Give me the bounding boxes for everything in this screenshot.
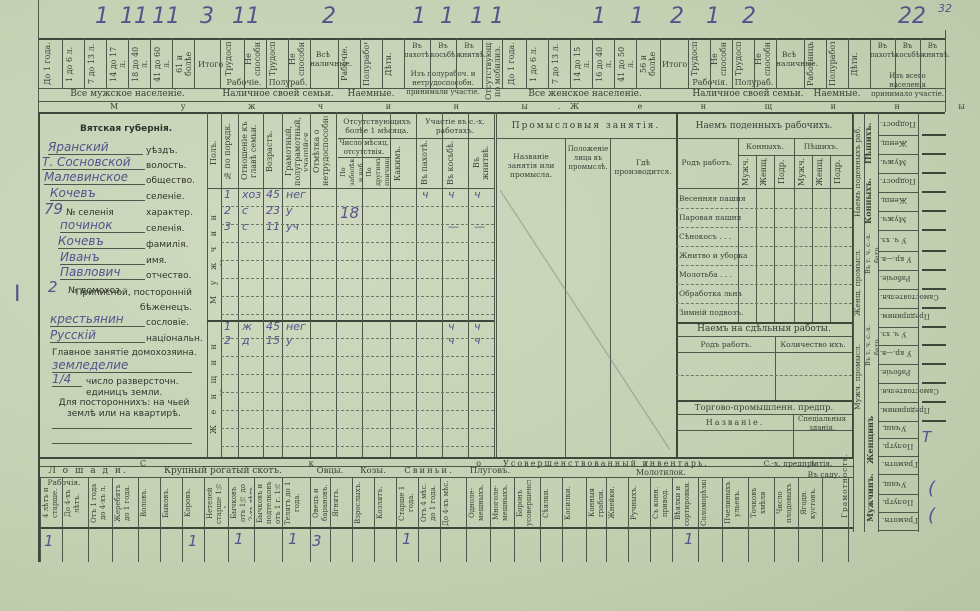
livestock-col-sep [418,477,419,562]
tally-mark: 1 [470,4,484,29]
dl-head-rule [676,188,852,189]
col-age: Возрастъ. [265,116,279,186]
col-disability: Отмѣтка о нетрудоспособности. [312,116,334,186]
dl-row-label: Зимній подвозъ. [679,308,743,317]
land-units-label: число разверсточн. единицъ земли. [86,377,196,399]
fw-reap: Въ жнитвѣ. [472,140,492,186]
absent-which: Какимъ. [393,140,413,186]
dl-row-label: Весенняя пашня [679,194,746,203]
hired-f-workers: Работницы [806,42,824,86]
livestock-col: Отъ 1 года до 4-хъ л. [90,480,110,526]
dl-row-rule [676,303,852,304]
dl-sub-col: Женщ. [759,158,771,186]
literacy-female: Женщинъ. [866,416,878,464]
part-f-plow: Въ пахотѣ. [870,42,895,60]
absent-illness: По заболѣв. и наб. [339,158,363,186]
header-col-sep [404,38,405,88]
members-col-sep [263,112,264,457]
piecework-sep [775,336,776,400]
own-f-half-able: Трудоспособн. [734,42,752,76]
member-literacy: нег [286,188,306,201]
rp-row-rule [878,230,918,231]
nationality-label: національн. [146,334,203,344]
estate-label: сословіе. [146,318,189,328]
absent-group: Отсутствующихъ болѣе 1 мѣсяца. [338,117,416,135]
literacy-mark-2: ( [928,478,935,499]
header-col-sep [456,38,457,88]
header-col-sep [310,38,311,88]
dl-work-type: Родъ работъ. [678,158,736,167]
main-occupation-label: Главное занятіе домохозяина. [52,348,197,358]
dl-sub-col: Мужч. [797,158,809,186]
livestock-col-sep [138,477,139,562]
livestock-col-sep [40,477,41,562]
rp-row-rule [878,135,918,136]
male-age-col: 14 до 17 л. [109,42,125,86]
member-age: 45 [266,188,280,201]
dl-row-label: Обработка льна [679,289,742,298]
tally-mark: 11 [232,4,260,29]
rp-row-rule [878,530,918,531]
members-row-rule [221,356,494,357]
header-col-sep [482,38,483,88]
dl-row-rule [676,284,852,285]
rp-male-crafts-label: Мужч. промысл. [853,332,863,422]
livestock-col-sep [586,477,587,562]
member-relation: с [242,220,248,233]
dl-col-sep [830,155,831,322]
member-age: 11 [266,220,280,233]
livestock-col-sep [112,477,113,562]
livestock-col-sep [88,477,89,562]
rp-answer-rule [922,250,946,252]
members-col-sep [282,112,283,457]
members-row-rule [221,374,494,375]
header-col-sep [804,38,805,88]
livestock-col: Телятъ до 1 года. [284,480,308,526]
trade-col-name: Названіе. [678,418,792,427]
rp-hire-row: Подрост. [880,120,916,129]
header-col-sep [592,38,593,88]
dl-row-label: Сѣнокосъ . . . [679,232,731,241]
member-literacy: уч [286,220,299,233]
piecework-head-rule [676,352,852,353]
livestock-col: Коровъ. [184,480,202,526]
members-row-rule [221,278,494,279]
member-no: 1 [224,320,231,333]
main-occupation-value: земледелие [52,358,192,373]
literacy-male: Мужчинъ. [866,470,878,526]
day-laborers-title: Наемъ поденныхъ рабочихъ. [676,122,852,131]
rp-row-rule [878,474,918,475]
header-col-sep [570,38,571,88]
own-family-f-group: Наличное своей семьи. [688,90,808,99]
own-half-unable: Не способныхъ [288,42,306,76]
rp-hire-row: Женщ. [880,139,907,148]
settlement-no-value: 79 [44,200,63,218]
tally-mark: 2 [670,4,684,29]
rp-craft-row: Самостоятельн. [880,387,939,395]
livestock-col-sep [228,477,229,562]
val-pigs: 1 [402,530,412,548]
crafts-col-position: Положеніе лица въ промыслѣ. [566,145,610,172]
estate-value: крестьянин [50,312,145,327]
livestock-col-sep [798,477,799,562]
rp-row-rule [878,456,918,457]
rp-answer-rule [922,307,946,309]
female-age-col: 41 до 50 л. [617,42,633,86]
header-col-sep [106,38,107,88]
header-col-sep [360,38,361,88]
rp-row-rule [878,289,918,290]
male-age-col: 1 до 6 л. [65,42,81,86]
literacy-label: Грамотность. [840,440,850,530]
livestock-col-sep [352,477,353,562]
livestock-col-sep [822,477,823,562]
member-literacy: у [286,204,293,217]
piecework-col-count: Количество ихъ. [776,340,850,349]
patronymic-value: Павлович [60,265,145,280]
male-age-col: 61 и болѣе [175,42,191,86]
hired-f-half: Полуработн. [828,42,846,86]
rp-including-f: Въ т. ч. с.-х. батр. [864,232,878,276]
member-no: 1 [224,188,231,201]
dl-col-sep [794,138,795,322]
tally-mark: 1 [412,4,426,29]
member-relation: хоз [242,188,261,201]
rp-hire-row: Подрост. [880,177,916,186]
pigs-title: Свиньи. [396,467,462,476]
rp-craft-row: Предприним. [880,312,930,320]
rp-col-sep [878,112,879,532]
province-label: Вятская губернія. [80,124,172,134]
rp-row-rule [878,421,918,422]
header-col-sep [754,38,755,88]
header-col-sep [430,38,431,88]
page-number: 22 [898,4,926,29]
own-workers-unable: Не способныхъ [244,42,262,76]
female-age-col: До 1 года. [507,42,523,86]
member-mow: ч [448,334,455,347]
members-col-sep [390,112,391,457]
patronymic-label: отчество. [146,271,191,281]
rp-hire-row: Женщ. [880,196,907,205]
dl-foot-group: Пѣшихъ. [794,142,848,151]
character-value: починок [60,218,145,233]
right-margin-rule [945,30,946,112]
dl-col-sep [756,155,757,322]
dl-horse-group: Конныхъ. [738,142,792,151]
livestock-col-sep [606,477,607,562]
livestock-col-sep [562,477,563,562]
thresher-title: Молотилок. [628,468,694,477]
members-col-sep [468,112,469,457]
left-margin-rule [38,0,39,112]
member-mow: ч [448,188,455,201]
header-col-sep [244,38,245,88]
members-row-rule [221,314,494,315]
livestock-col-sep [182,477,183,562]
fw-mow: Въ косьбѣ. [446,140,466,186]
val-sheep: 3 [312,532,322,550]
livestock-col: Отъ 4 мѣс. до 1 года. [420,480,438,526]
sheep-title: Овцы. [310,467,350,476]
rp-answer-rule [922,210,946,212]
character-selo-label: селенія. [146,224,184,234]
absent-months-group: Число мѣсяц. отсутствія. [338,139,390,157]
tally-mark: 1 [592,4,606,29]
member-no: 2 [224,204,231,217]
trade-title: Торгово-промышленн. предпр. [676,404,852,413]
own-workers-able: Трудоспособ. [224,42,242,76]
household-left-rule [38,112,40,457]
livestock-col: Ручныхъ. [630,480,648,526]
absent-mobilized: Отсутствующихъ по мобилиз. [484,42,500,100]
val-cows: 1 [188,532,198,550]
female-age-col: 1 до 6 л. [529,42,545,86]
rp-literacy-row: Полугр. [882,498,913,507]
livestock-col-sep [748,477,749,562]
rp-answer-rule [922,288,946,290]
outsiders-line-1 [52,428,192,429]
own-f-workers-able: Трудоспособн. [690,42,708,76]
livestock-col: 4 лѣтъ и старше. [42,480,60,526]
part-f-caption: Изъ всего населенія принимало участіе. [870,72,945,99]
member-mow: — [448,220,459,233]
rp-literacy-row: Учащ. [882,424,906,433]
rp-answer-rule [922,382,946,384]
member-relation: д [242,334,250,347]
members-row-rule [221,392,494,393]
household-right-rule [207,112,208,457]
livestock-col-sep [650,477,651,562]
hired-group-label: Наемные. [338,90,404,99]
rp-row-rule [878,364,918,365]
goats-title: Козы. [352,467,394,476]
header-col-sep [194,38,195,88]
female-age-col: 7 до 13 л. [551,42,567,86]
col-sex: Полъ. [209,120,221,186]
character-label: характер. [146,208,193,218]
male-age-col: 18 до 40 л. [131,42,147,86]
member-absent-months: 18 [340,204,359,222]
rp-including-m: Въ т. ч. с.-х. батр. [864,324,878,368]
col-relation: Отношеніе къ главѣ семьи. [240,116,262,186]
member-relation: ж [242,320,252,333]
agri-title: С.-х. предпріятія. [748,459,848,468]
member-age: 45 [266,320,280,333]
rp-answer-rule [922,401,946,403]
surname-value: Кочевъ [58,234,145,249]
livestock-col-sep [722,477,723,562]
header-col-sep [150,38,151,88]
obshchestvo-value: Малевинское [44,170,145,185]
livestock-col: Съ конн. привод. [652,480,670,526]
absent-other: По другимъ причинамъ. [365,158,389,186]
part-f-mow: Въ косьбѣ [895,42,920,60]
rp-literacy-row: Полугр. [882,442,913,451]
tally-mark: 1 [490,4,504,29]
hired-workers: Рабочіе. [340,42,358,86]
livestock-col: Соломорѣзки. [700,480,720,526]
member-reap: ч [474,188,481,201]
livestock-col: Конныя грабли. [588,480,604,526]
livestock-col-sep [774,477,775,562]
outsiders-line-2 [52,443,192,444]
rp-female-crafts-label: Женщ. промысл. [853,232,863,332]
rp-answer-rule [922,134,946,136]
part-plow: Въ пахотѣ. [404,42,430,60]
nationality-value: Русскій [50,328,145,343]
rp-row-rule [878,308,918,309]
obshchestvo-label: общество. [146,176,195,186]
header-col-sep [710,38,711,88]
part-f-reap: Въ жнитвѣ. [920,42,945,60]
rp-answer-rule [922,420,946,422]
livestock-col: Многоле­мешныхъ. [492,480,512,526]
livestock-col-sep [628,477,629,562]
piecework-row-rule [676,375,852,376]
male-age-col: 7 до 13 л. [87,42,103,86]
tally-mark: 1 [95,4,109,29]
members-col-sep [416,112,417,457]
header-col-sep [338,38,339,88]
trade-top-rule [676,400,852,402]
livestock-col: Жеребятъ до 1 года. [114,480,136,526]
crafts-title: Промысловыя занятія. [496,122,676,131]
female-age-col: 14 до 15 л. [573,42,589,86]
livestock-col-sep [62,477,63,562]
livestock-col-sep [466,477,467,562]
rp-row-rule [878,345,918,346]
members-col-sep [221,112,222,457]
rp-row-rule [878,512,918,513]
member-relation: с [242,204,248,217]
dl-row-rule [676,246,852,247]
members-col-sep [494,112,495,457]
rp-craft-row: Предприним. [880,406,930,414]
header-col-sep [848,38,849,88]
livestock-col: Одноле­мешныхъ. [468,480,488,526]
livestock-col-sep [440,477,441,562]
livestock-col: Боронъ усовершенств. [516,480,538,526]
livestock-col: Старше 1 года. [398,480,416,526]
tally-mark: 1 [706,4,720,29]
rp-foot-label: Пѣшихъ. [864,118,878,168]
member-no: 3 [224,220,231,233]
dl-row-rule [676,208,852,209]
fw-plow: Въ пахотѣ. [420,140,440,186]
dl-row-label: Жнитво и уборка [679,251,747,260]
rp-answer-rule [922,229,946,231]
rp-row-rule [878,383,918,384]
rp-answer-rule [922,191,946,193]
volost-label: волость. [146,161,186,171]
header-col-sep [548,38,549,88]
horses-title: Л о ш а д и. [40,467,136,476]
member-reap: ч [474,320,481,333]
own-f-workers-unable: Не способныхъ [710,42,728,76]
dl-sub-col: Мужч. [741,158,753,186]
member-plow: ч [422,188,429,201]
member-literacy: нег [286,320,306,333]
rp-row-rule [878,438,918,439]
livestock-col: Бычковъ отъ 1½ до 2-хъ лѣтъ. [230,480,252,526]
rp-row-rule [878,270,918,271]
female-group-label: Все женское населеніе. [505,90,665,99]
piecework-col-type: Родъ работъ. [678,340,774,349]
rp-hire-row: Мужч. [880,215,906,224]
census-card: До 1 года.1 до 6 л.7 до 13 л.14 до 17 л.… [0,0,980,611]
member-age: 15 [266,334,280,347]
dl-row-label: Молотьба . . . [679,270,732,279]
header-col-sep [62,38,63,88]
dl-title-rule [676,138,852,139]
col-literacy: Грамотный, полуграмотный, учащійся. [284,116,308,186]
livestock-col-sep [698,477,699,562]
rp-horse-label: Конныхъ. [864,176,878,226]
dl-col-sep [812,155,813,322]
female-side-label: Ж е н щ и н ы. [209,330,221,445]
members-col-sep [238,112,239,457]
rp-row-rule [878,211,918,212]
header-col-sep [920,38,921,88]
rp-answer-rule [922,172,946,174]
val-winnowers: 1 [684,530,694,548]
settlement-no-label: № селенія [66,208,114,218]
rp-literacy-row: Грамотн. [882,516,918,525]
piecework-title: Наемъ на сдѣльныя работы. [676,325,852,334]
field-work-group: Участіе въ с.-х. работахъ. [416,117,494,135]
col-no: № по порядк. [223,116,237,186]
crafts-strikeout [500,190,670,451]
uezd-value: Яранский [48,140,143,155]
livestock-col: Козлятъ. [376,480,394,526]
header-col-sep [84,38,85,88]
livestock-col: Ягнятъ. [332,480,350,526]
hired-f-group: Наемные. [804,90,870,99]
rp-hire-label: Наемъ поденныхъ раб. [853,116,863,228]
volost-value: Т. Сосновской [42,155,145,170]
header-col-sep [220,38,221,88]
livestock-col-sep [282,477,283,562]
header-col-sep [526,38,527,88]
piecework-title-rule [676,336,852,337]
header-top-rule [38,38,945,40]
tally-mark: 11 [152,4,180,29]
members-row-rule [221,260,494,261]
header-col-sep [870,38,871,88]
own-f-half-unable: Не способныхъ [754,42,772,76]
livestock-col: Сѣялки. [542,480,560,526]
livestock-col: Нетелей старше 1½ лѣтъ. [206,480,226,526]
members-col-sep [442,112,443,457]
members-row-rule [221,446,494,447]
hired-half: Полурабоч. [362,42,380,86]
outsiders-label: Для постороннихъ: на чьей землѣ или на к… [50,398,198,420]
livestock-col: Число плодовыхъ деревьевъ. [776,480,796,526]
rp-craft-row: У ч. хз. [880,330,906,338]
livestock-col-sep [490,477,491,562]
dl-sub-col: Подр. [833,158,845,186]
plows-title: Плуговъ. [466,467,514,476]
literacy-mark-1: Т [922,428,931,446]
dl-row-label: Паровая пашня [679,213,741,222]
header-bottom-rule [38,112,945,114]
livestock-col-sep [514,477,515,562]
crafts-title-rule [496,138,676,139]
rp-literacy-row: Учащ. [882,480,906,489]
